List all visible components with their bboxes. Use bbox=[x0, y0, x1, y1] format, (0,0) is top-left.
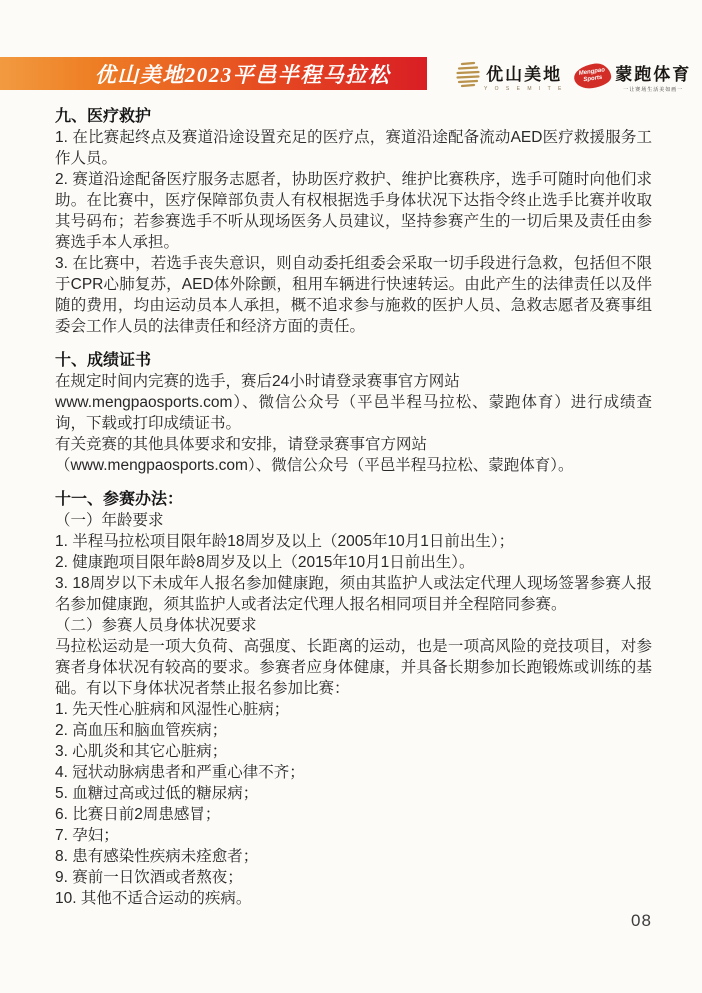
mengpao-badge-icon: Mengpao Sports bbox=[573, 62, 613, 91]
medical-item-1: 1. 在比赛起终点及赛道沿途设置充足的医疗点，赛道沿途配备流动AED医疗救援服务… bbox=[55, 127, 652, 169]
health-requirements-heading: （二）参赛人员身体状况要求 bbox=[55, 615, 652, 636]
age-requirements-heading: （一）年龄要求 bbox=[55, 510, 652, 531]
document-content: 九、医疗救护 1. 在比赛起终点及赛道沿途设置充足的医疗点，赛道沿途配备流动AE… bbox=[55, 106, 652, 909]
age-item: 2. 健康跑项目限年龄8周岁及以上（2015年10月1日前出生）。 bbox=[55, 552, 652, 573]
certificate-line-3: 有关竞赛的其他具体要求和安排，请登录赛事官方网站 bbox=[55, 434, 652, 455]
health-item: 7. 孕妇； bbox=[55, 825, 652, 846]
health-item: 2. 高血压和脑血管疾病； bbox=[55, 720, 652, 741]
section-certificate-heading: 十、成绩证书 bbox=[55, 350, 652, 371]
mengpao-logo: Mengpao Sports 蒙跑体育 一让赛场生活美如画一 bbox=[574, 60, 691, 93]
health-item: 1. 先天性心脏病和风湿性心脏病； bbox=[55, 699, 652, 720]
health-item: 8. 患有感染性疾病未痊愈者； bbox=[55, 846, 652, 867]
section-medical-heading: 九、医疗救护 bbox=[55, 106, 652, 127]
section-medical: 九、医疗救护 1. 在比赛起终点及赛道沿途设置充足的医疗点，赛道沿途配备流动AE… bbox=[55, 106, 652, 337]
page-number: 08 bbox=[631, 911, 652, 931]
yosemite-logo-text: 优山美地 Y O S E M I T E bbox=[484, 60, 564, 92]
yosemite-logo: 优山美地 Y O S E M I T E bbox=[456, 60, 564, 93]
mengpao-logo-text: 蒙跑体育 一让赛场生活美如画一 bbox=[615, 60, 691, 93]
health-item: 4. 冠状动脉病患者和严重心律不齐； bbox=[55, 762, 652, 783]
section-registration-heading: 十一、参赛办法： bbox=[55, 489, 652, 510]
section-registration: 十一、参赛办法： （一）年龄要求 1. 半程马拉松项目限年龄18周岁及以上（20… bbox=[55, 489, 652, 909]
yosemite-logo-en: Y O S E M I T E bbox=[484, 86, 564, 92]
mengpao-logo-tagline: 一让赛场生活美如画一 bbox=[623, 86, 683, 93]
health-item: 6. 比赛日前2周患感冒； bbox=[55, 804, 652, 825]
mengpao-badge-line2: Sports bbox=[583, 75, 603, 84]
age-item: 1. 半程马拉松项目限年龄18周岁及以上（2005年10月1日前出生）； bbox=[55, 531, 652, 552]
age-item: 3. 18周岁以下未成年人报名参加健康跑，须由其监护人或法定代理人现场签署参赛人… bbox=[55, 573, 652, 615]
health-item: 10. 其他不适合运动的疾病。 bbox=[55, 888, 652, 909]
health-item: 5. 血糖过高或过低的糖尿病； bbox=[55, 783, 652, 804]
title-banner: 优山美地2023平邑半程马拉松 bbox=[0, 57, 427, 90]
medical-item-3: 3. 在比赛中，若选手丧失意识，则自动委托组委会采取一切手段进行急救，包括但不限… bbox=[55, 253, 652, 337]
section-certificate: 十、成绩证书 在规定时间内完赛的选手，赛后24小时请登录赛事官方网站 www.m… bbox=[55, 350, 652, 476]
certificate-line-1: 在规定时间内完赛的选手，赛后24小时请登录赛事官方网站 bbox=[55, 371, 652, 392]
certificate-line-4: （www.mengpaosports.com）、微信公众号（平邑半程马拉松、蒙跑… bbox=[55, 455, 652, 476]
health-item: 3. 心肌炎和其它心脏病； bbox=[55, 741, 652, 762]
health-intro: 马拉松运动是一项大负荷、高强度、长距离的运动，也是一项高风险的竞技项目，对参赛者… bbox=[55, 636, 652, 699]
document-page: { "page": { "number": "08" }, "header": … bbox=[0, 0, 702, 993]
sponsor-logos: 优山美地 Y O S E M I T E Mengpao Sports 蒙跑体育… bbox=[456, 56, 691, 96]
certificate-line-2: www.mengpaosports.com）、微信公众号（平邑半程马拉松、蒙跑体… bbox=[55, 392, 652, 434]
yosemite-logo-cn: 优山美地 bbox=[486, 60, 562, 85]
medical-item-2: 2. 赛道沿途配备医疗服务志愿者，协助医疗救护、维护比赛秩序，选手可随时向他们求… bbox=[55, 169, 652, 253]
health-item: 9. 赛前一日饮酒或者熬夜； bbox=[55, 867, 652, 888]
yosemite-lines-icon bbox=[456, 60, 480, 93]
event-title: 优山美地2023平邑半程马拉松 bbox=[37, 59, 391, 89]
mengpao-logo-cn: 蒙跑体育 bbox=[615, 60, 691, 85]
